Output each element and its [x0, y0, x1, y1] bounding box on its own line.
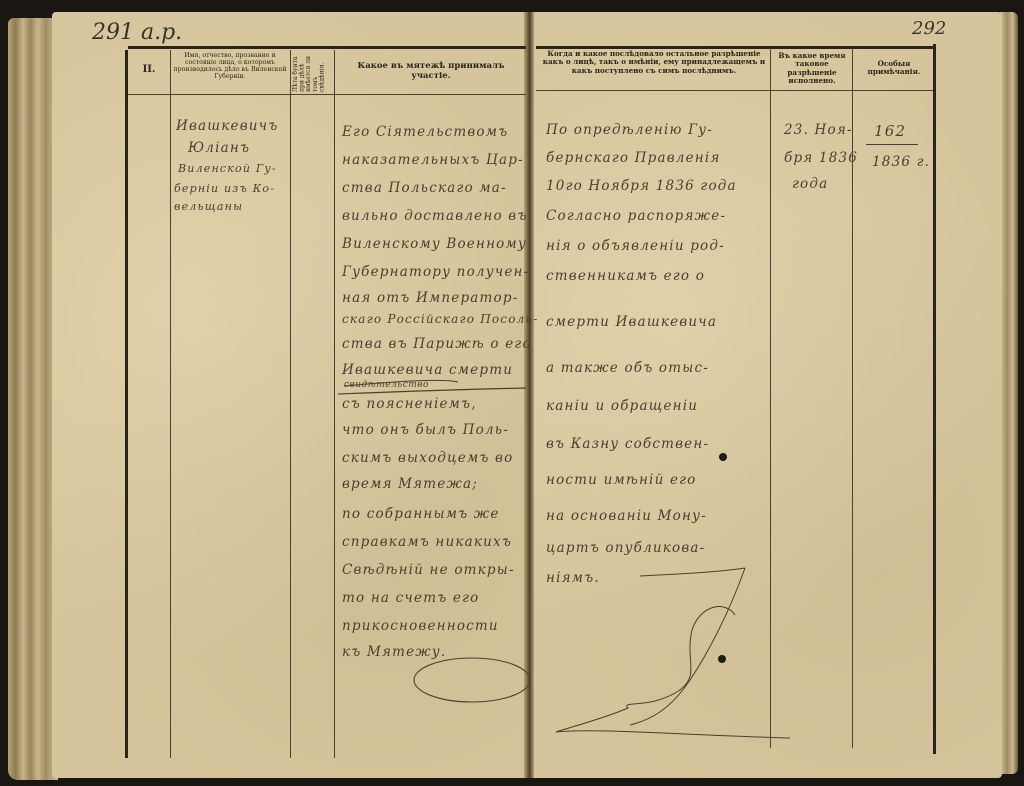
participation-line: Его Сіятельствомъ [342, 124, 508, 140]
participation-line: Виленскому Военному [342, 236, 527, 252]
left-header-bottom-rule [128, 94, 526, 95]
name-line: Юліанъ [188, 140, 250, 156]
flourish-left [400, 640, 540, 720]
resolution-line: въ Казну собствен- [546, 436, 709, 452]
header-vertical: Лѣта бунта при дѣлѣ имѣется ли томъ свѣд… [293, 52, 331, 92]
resolution-line: каніи и обращеніи [546, 398, 698, 414]
open-register-book: 291 а.р. 292 II. Имя, отчество, прозвани… [0, 0, 1024, 786]
header-participation: Какое въ мятежѣ принималъ участіе. [338, 62, 524, 82]
right-header-bottom-rule [536, 90, 936, 91]
notes-year: 1836 г. [872, 154, 930, 170]
correction-stroke [330, 372, 530, 412]
left-outer-vertical-rule [125, 50, 128, 758]
participation-line: ная отъ Император- [342, 290, 518, 306]
resolution-line: на основаніи Мону- [546, 508, 707, 524]
resolution-line: нія о объявленіи род- [546, 238, 725, 254]
col-divider-1 [170, 50, 171, 758]
name-line: Виленской Гу- [178, 162, 277, 175]
resolution-line: 10го Ноября 1836 года [546, 178, 737, 194]
name-line: вельщаны [174, 200, 243, 213]
folio-left: 291 а.р. [92, 20, 182, 45]
name-line: берніи изъ Ко- [174, 182, 275, 195]
binding-hole [719, 453, 727, 461]
resolution-line: По опредѣленію Гу- [546, 122, 713, 138]
right-page-edges [1000, 12, 1018, 774]
resolution-line: ственникамъ его о [546, 268, 705, 284]
participation-line: вильно доставлено въ [342, 208, 528, 224]
right-outer-vertical-rule [933, 44, 936, 754]
participation-line: что онъ былъ Поль- [342, 422, 509, 438]
participation-line: прикосновенности [342, 618, 499, 634]
notes-underline [866, 144, 918, 145]
participation-line: ства въ Парижѣ о его [342, 336, 532, 352]
left-page-edges [8, 18, 58, 780]
participation-line: то на счетъ его [342, 590, 479, 606]
time-line: 23. Ноя- [784, 122, 853, 138]
participation-line: Свѣдѣній не откры- [342, 562, 515, 578]
participation-line: справкамъ никакихъ [342, 534, 512, 550]
time-line: бря 1836 [784, 150, 858, 166]
header-notes: Особыя примѣчанія. [854, 60, 934, 77]
header-name: Имя, отчество, прозвание и состояніе лиц… [172, 52, 288, 81]
col-divider-2 [290, 50, 291, 758]
header-number: II. [130, 64, 168, 76]
header-resolution: Когда и какое послѣдовало остальное разр… [538, 50, 770, 75]
resolution-line: смерти Ивашкевича [546, 314, 717, 330]
resolution-line: а также объ отыс- [546, 360, 709, 376]
notes-number: 162 [874, 122, 906, 140]
time-line: года [792, 176, 828, 192]
participation-line: скимъ выходцемъ во [342, 450, 513, 466]
participation-line: скаго Россійскаго Посоль- [342, 312, 538, 326]
resolution-line: Согласно распоряже- [546, 208, 726, 224]
participation-line: ства Польскаго ма- [342, 180, 507, 196]
left-header-top-rule [128, 46, 526, 49]
signature-flourish [540, 560, 800, 760]
binding-hole [718, 655, 726, 663]
folio-right: 292 [912, 18, 946, 39]
name-line: Ивашкевичъ [176, 118, 278, 134]
participation-line: время Мятежа; [342, 476, 478, 492]
resolution-line: ности имѣній его [546, 472, 697, 488]
participation-line: Губернатору получен- [342, 264, 529, 280]
resolution-line: бернскаго Правленія [546, 150, 721, 166]
header-time: Въ какое время таковое разрѣшеніе исполн… [772, 52, 852, 85]
participation-line: по собраннымъ же [342, 506, 500, 522]
resolution-line: цартъ опубликова- [546, 540, 705, 556]
participation-line: наказательныхъ Цар- [342, 152, 524, 168]
